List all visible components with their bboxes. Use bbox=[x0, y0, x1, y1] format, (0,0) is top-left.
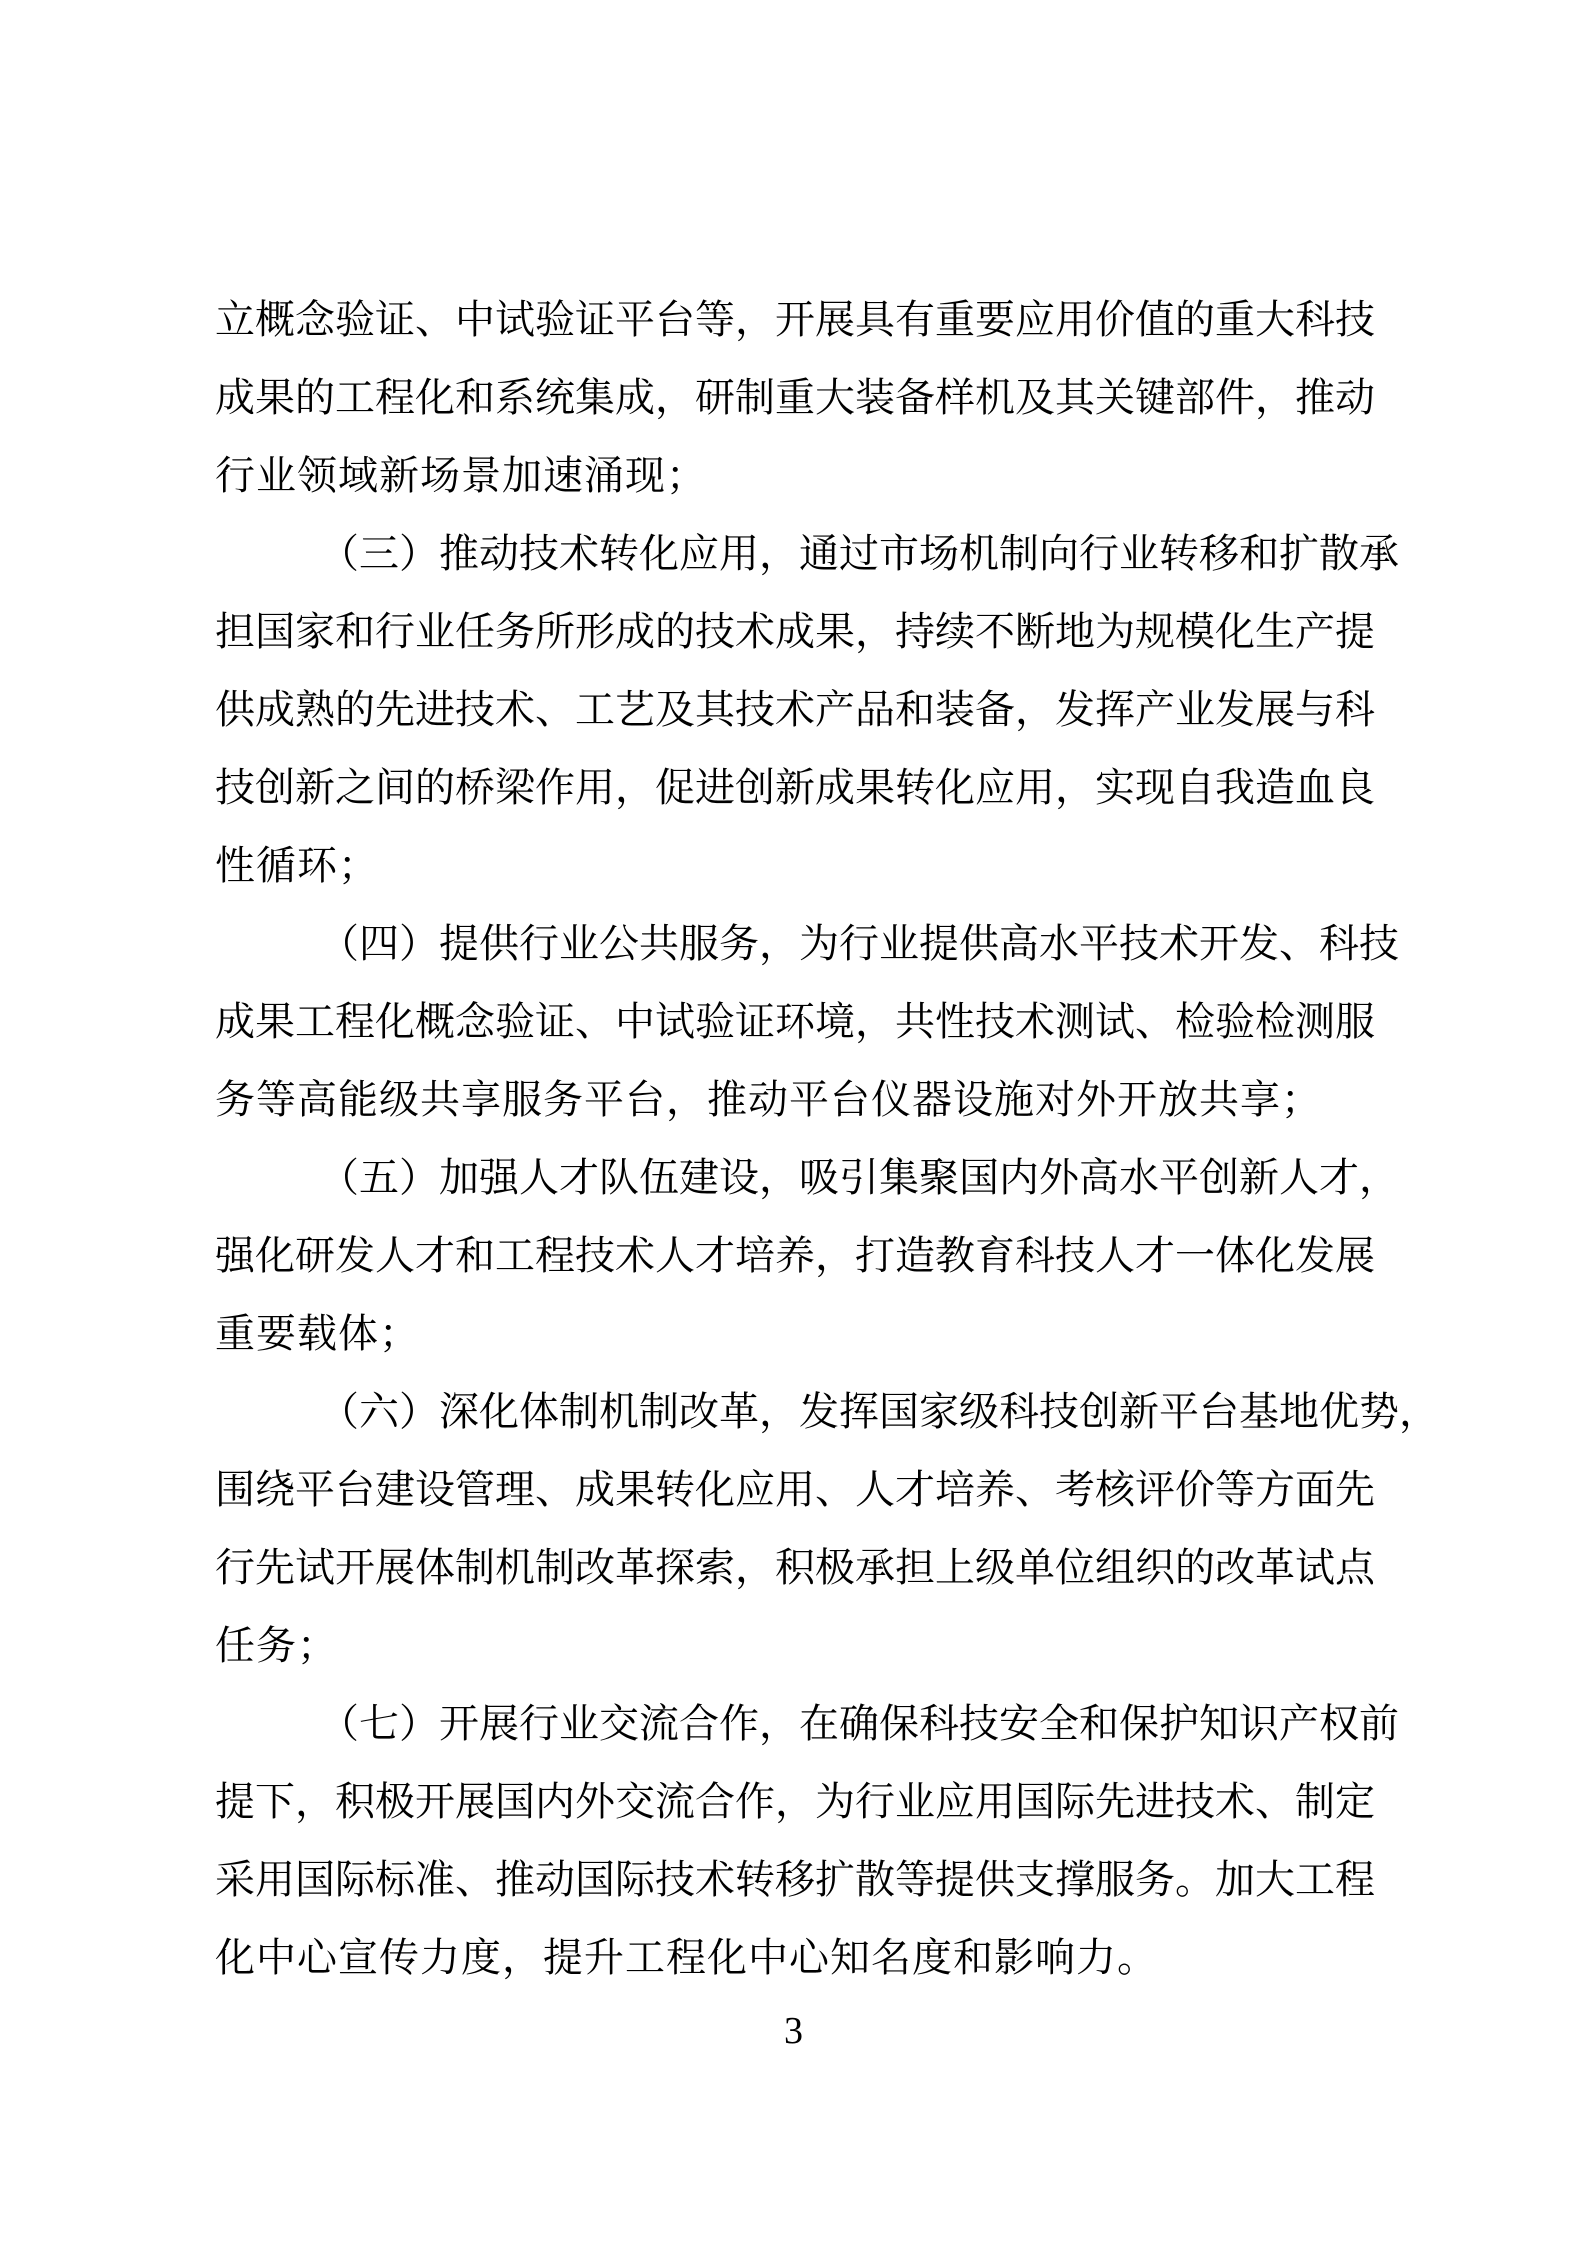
text-char: 工 bbox=[335, 359, 375, 437]
text-char: 流 bbox=[639, 1685, 679, 1763]
text-char: 共 bbox=[639, 905, 679, 983]
text-char: 过 bbox=[839, 515, 879, 593]
text-char: 、 bbox=[535, 1451, 575, 1529]
text-char: 务 bbox=[495, 593, 535, 671]
text-char: 的 bbox=[295, 359, 335, 437]
text-char: 科 bbox=[1335, 671, 1375, 749]
text-char: 核 bbox=[1095, 1451, 1135, 1529]
text-char: 续 bbox=[935, 593, 975, 671]
text-char: 创 bbox=[255, 749, 295, 827]
text-char: 展 bbox=[455, 1763, 495, 1841]
text-char: 境 bbox=[815, 983, 855, 1061]
text-char: 际 bbox=[1055, 1763, 1095, 1841]
text-char: 流 bbox=[655, 1763, 695, 1841]
text-char: 改 bbox=[575, 1529, 615, 1607]
text-char: （ bbox=[319, 1139, 359, 1217]
text-char: 技 bbox=[695, 593, 735, 671]
text-char: 保 bbox=[1119, 1685, 1159, 1763]
text-char: 和 bbox=[455, 359, 495, 437]
text-char: 散 bbox=[855, 1841, 895, 1919]
text-char: 养 bbox=[775, 1217, 815, 1295]
text-char: ， bbox=[1055, 749, 1095, 827]
text-char: 断 bbox=[1015, 593, 1055, 671]
text-char: 革 bbox=[1255, 1529, 1295, 1607]
text-char: 转 bbox=[599, 515, 639, 593]
text-char: 机 bbox=[495, 1529, 535, 1607]
text-char: 梁 bbox=[495, 749, 535, 827]
text-char: 验 bbox=[335, 281, 375, 359]
text-char: 移 bbox=[775, 1841, 815, 1919]
text-char: 推 bbox=[495, 1841, 535, 1919]
text-char: 人 bbox=[1279, 1139, 1319, 1217]
text-char: 培 bbox=[735, 1217, 775, 1295]
text-char: ， bbox=[1015, 671, 1055, 749]
text-char: 通 bbox=[799, 515, 839, 593]
text-char: 发 bbox=[1215, 671, 1255, 749]
text-char: 际 bbox=[615, 1841, 655, 1919]
text-char: 术 bbox=[1215, 1763, 1255, 1841]
text-char: 台 bbox=[655, 281, 695, 359]
text-char: 等 bbox=[1215, 1451, 1255, 1529]
text-char: 成 bbox=[255, 671, 295, 749]
text-char: 、 bbox=[1135, 983, 1175, 1061]
text-char: 服 bbox=[1095, 1841, 1135, 1919]
text-char: 散 bbox=[1319, 515, 1359, 593]
text-char: 和 bbox=[895, 671, 935, 749]
text-char: 家 bbox=[295, 593, 335, 671]
text-char: 发 bbox=[1239, 905, 1279, 983]
text-char: 点 bbox=[1335, 1529, 1375, 1607]
text-char: 位 bbox=[1055, 1529, 1095, 1607]
text-char: 提 bbox=[1335, 593, 1375, 671]
text-char: 强 bbox=[215, 1217, 255, 1295]
text-char: 科 bbox=[1319, 905, 1359, 983]
text-char: 规 bbox=[1135, 593, 1175, 671]
text-char: 革 bbox=[615, 1529, 655, 1607]
text-char: 建 bbox=[375, 1451, 415, 1529]
text-line: 提下，积极开展国内外交流合作，为行业应用国际先进技术、制定 bbox=[215, 1763, 1371, 1841]
text-char: 公 bbox=[599, 905, 639, 983]
text-char: 确 bbox=[839, 1685, 879, 1763]
text-char: 围 bbox=[215, 1451, 255, 1529]
text-char: 共 bbox=[895, 983, 935, 1061]
text-char: 为 bbox=[1095, 593, 1135, 671]
text-char: 进 bbox=[1135, 1763, 1175, 1841]
text-char: 术 bbox=[1015, 983, 1055, 1061]
text-char: 为 bbox=[799, 905, 839, 983]
text-char: 革 bbox=[719, 1373, 759, 1451]
text-char: 制 bbox=[535, 1529, 575, 1607]
text-line: 供成熟的先进技术、工艺及其技术产品和装备，发挥产业发展与科 bbox=[215, 671, 1371, 749]
text-char: 任 bbox=[455, 593, 495, 671]
text-char: 产 bbox=[1135, 671, 1175, 749]
text-char: 国 bbox=[879, 1373, 919, 1451]
text-char: 概 bbox=[255, 281, 295, 359]
text-char: 化 bbox=[935, 749, 975, 827]
text-char: 集 bbox=[879, 1139, 919, 1217]
text-char: 应 bbox=[735, 1451, 775, 1529]
text-char: 造 bbox=[1255, 749, 1295, 827]
text-char: 和 bbox=[455, 1217, 495, 1295]
text-char: 术 bbox=[735, 593, 775, 671]
text-char: 开 bbox=[335, 1529, 375, 1607]
text-char: 、 bbox=[815, 1451, 855, 1529]
text-char: ， bbox=[775, 1763, 815, 1841]
text-char: 面 bbox=[1295, 1451, 1335, 1529]
text-char: 集 bbox=[575, 359, 615, 437]
text-char: 先 bbox=[255, 1529, 295, 1607]
text-char: 值 bbox=[1135, 281, 1175, 359]
text-char: 备 bbox=[895, 359, 935, 437]
text-char: 场 bbox=[919, 515, 959, 593]
text-char: 发 bbox=[1295, 1217, 1335, 1295]
text-char: 极 bbox=[375, 1763, 415, 1841]
text-char: 定 bbox=[1335, 1763, 1375, 1841]
text-char: 概 bbox=[415, 983, 455, 1061]
text-char: 成 bbox=[575, 1451, 615, 1529]
text-char: 制 bbox=[639, 1373, 679, 1451]
text-char: 程 bbox=[535, 1217, 575, 1295]
text-char: 的 bbox=[1175, 281, 1215, 359]
text-line: 技创新之间的桥梁作用，促进创新成果转化应用，实现自我造血良 bbox=[215, 749, 1371, 827]
text-char: 推 bbox=[1295, 359, 1335, 437]
text-char: 护 bbox=[1159, 1685, 1199, 1763]
text-char: 价 bbox=[1175, 1451, 1215, 1529]
text-char: 国 bbox=[255, 593, 295, 671]
text-char: 试 bbox=[295, 1529, 335, 1607]
text-char: 高 bbox=[1079, 1139, 1119, 1217]
text-char: 重 bbox=[1215, 281, 1255, 359]
text-char: 推 bbox=[439, 515, 479, 593]
text-char: 展 bbox=[479, 1685, 519, 1763]
text-char: 人 bbox=[375, 1217, 415, 1295]
text-char: 转 bbox=[895, 749, 935, 827]
text-char: 水 bbox=[1119, 1139, 1159, 1217]
text-char: 果 bbox=[615, 1451, 655, 1529]
text-char: 试 bbox=[655, 983, 695, 1061]
text-char: 供 bbox=[975, 1841, 1015, 1919]
text-line: 行业领域新场景加速涌现； bbox=[215, 437, 1371, 515]
text-char: 才 bbox=[559, 1139, 599, 1217]
text-char: 地 bbox=[1055, 593, 1095, 671]
text-char: 撑 bbox=[1055, 1841, 1095, 1919]
text-char: 间 bbox=[375, 749, 415, 827]
text-char: 准 bbox=[415, 1841, 455, 1919]
text-char: 高 bbox=[999, 905, 1039, 983]
text-char: 提 bbox=[919, 905, 959, 983]
text-char: 程 bbox=[375, 359, 415, 437]
text-char: 血 bbox=[1295, 749, 1335, 827]
text-char: 改 bbox=[679, 1373, 719, 1451]
text-char: 技 bbox=[735, 671, 775, 749]
text-char: 理 bbox=[495, 1451, 535, 1529]
text-char: 念 bbox=[455, 983, 495, 1061]
text-char: 担 bbox=[895, 1529, 935, 1607]
text-char: 模 bbox=[1175, 593, 1215, 671]
text-char: 成 bbox=[775, 593, 815, 671]
text-char: 我 bbox=[1215, 749, 1255, 827]
text-char: 技 bbox=[975, 983, 1015, 1061]
text-char: 验 bbox=[495, 983, 535, 1061]
text-char: 要 bbox=[975, 281, 1015, 359]
text-char: 平 bbox=[1159, 1139, 1199, 1217]
text-char: 程 bbox=[1335, 1841, 1375, 1919]
text-char: 探 bbox=[655, 1529, 695, 1607]
text-char: 、 bbox=[535, 671, 575, 749]
text-char: 工 bbox=[495, 1217, 535, 1295]
text-char: 术 bbox=[559, 515, 599, 593]
text-char: 和 bbox=[1239, 515, 1279, 593]
text-char: ， bbox=[1255, 359, 1295, 437]
text-char: 内 bbox=[999, 1139, 1039, 1217]
text-line: （五）加强人才队伍建设，吸引集聚国内外高水平创新人才， bbox=[215, 1139, 1371, 1217]
text-char: 极 bbox=[815, 1529, 855, 1607]
text-char: 形 bbox=[575, 593, 615, 671]
text-char: 权 bbox=[1319, 1685, 1359, 1763]
text-char: 及 bbox=[655, 671, 695, 749]
text-char: 件 bbox=[1215, 359, 1255, 437]
text-char: 应 bbox=[1015, 281, 1055, 359]
text-char: 先 bbox=[375, 671, 415, 749]
text-line: （七）开展行业交流合作，在确保科技安全和保护知识产权前 bbox=[215, 1685, 1371, 1763]
text-line: （六）深化体制机制改革，发挥国家级科技创新平台基地优势， bbox=[215, 1373, 1371, 1451]
text-char: ， bbox=[759, 1685, 799, 1763]
text-char: 研 bbox=[695, 359, 735, 437]
text-char: 艺 bbox=[615, 671, 655, 749]
text-char: 作 bbox=[719, 1685, 759, 1763]
text-char: 向 bbox=[1039, 515, 1079, 593]
text-char: 教 bbox=[935, 1217, 975, 1295]
text-char: 转 bbox=[655, 1451, 695, 1529]
text-char: 动 bbox=[1335, 359, 1375, 437]
document-page: 立概念验证、中试验证平台等，开展具有重要应用价值的重大科技成果的工程化和系统集成… bbox=[0, 0, 1587, 2245]
text-char: 技 bbox=[959, 1685, 999, 1763]
text-char: 人 bbox=[855, 1451, 895, 1529]
text-char: 支 bbox=[1015, 1841, 1055, 1919]
text-char: 实 bbox=[1095, 749, 1135, 827]
text-char: 绕 bbox=[255, 1451, 295, 1529]
text-char: ， bbox=[759, 905, 799, 983]
text-char: 发 bbox=[335, 1217, 375, 1295]
text-char: 转 bbox=[1159, 515, 1199, 593]
text-char: 检 bbox=[1255, 983, 1295, 1061]
text-char: 、 bbox=[455, 1841, 495, 1919]
text-char: 才 bbox=[1319, 1139, 1359, 1217]
text-char: 机 bbox=[975, 359, 1015, 437]
text-char: 开 bbox=[415, 1763, 455, 1841]
text-char: 行 bbox=[839, 905, 879, 983]
text-char: 和 bbox=[1079, 1685, 1119, 1763]
text-char: 术 bbox=[1159, 905, 1199, 983]
text-char: 展 bbox=[375, 1529, 415, 1607]
text-char: 化 bbox=[415, 359, 455, 437]
text-char: 具 bbox=[855, 281, 895, 359]
text-char: 挥 bbox=[1095, 671, 1135, 749]
text-char: 创 bbox=[735, 749, 775, 827]
text-char: 国 bbox=[495, 1763, 535, 1841]
text-char: 作 bbox=[735, 1763, 775, 1841]
text-char: 证 bbox=[375, 281, 415, 359]
text-char: 业 bbox=[1175, 671, 1215, 749]
text-char: 提 bbox=[215, 1763, 255, 1841]
text-char: 重 bbox=[935, 281, 975, 359]
text-char: 业 bbox=[559, 905, 599, 983]
text-char: 果 bbox=[815, 593, 855, 671]
text-char: 证 bbox=[575, 281, 615, 359]
text-char: 品 bbox=[855, 671, 895, 749]
text-char: 平 bbox=[1079, 905, 1119, 983]
text-line: 担国家和行业任务所形成的技术成果，持续不断地为规模化生产提 bbox=[215, 593, 1371, 671]
text-line: 采用国际标准、推动国际技术转移扩散等提供支撑服务。加大工程 bbox=[215, 1841, 1371, 1919]
text-char: 技 bbox=[215, 749, 255, 827]
text-char: 织 bbox=[1135, 1529, 1175, 1607]
text-char: 移 bbox=[1199, 515, 1239, 593]
text-char: 测 bbox=[1055, 983, 1095, 1061]
text-char: 、 bbox=[1279, 905, 1319, 983]
text-char: ， bbox=[855, 983, 895, 1061]
text-char: 单 bbox=[1015, 1529, 1055, 1607]
text-char: 中 bbox=[455, 281, 495, 359]
text-char: 内 bbox=[535, 1763, 575, 1841]
text-char: 技 bbox=[1335, 281, 1375, 359]
text-char: 才 bbox=[695, 1217, 735, 1295]
text-char: 扩 bbox=[815, 1841, 855, 1919]
text-char: 开 bbox=[439, 1685, 479, 1763]
text-char: ， bbox=[1399, 1373, 1439, 1451]
text-char: 证 bbox=[535, 983, 575, 1061]
document-body: 立概念验证、中试验证平台等，开展具有重要应用价值的重大科技成果的工程化和系统集成… bbox=[215, 281, 1371, 1997]
text-char: 技 bbox=[1119, 905, 1159, 983]
text-char: 水 bbox=[1039, 905, 1079, 983]
text-char: 业 bbox=[559, 1685, 599, 1763]
text-char: 化 bbox=[695, 1451, 735, 1529]
text-char: 级 bbox=[959, 1373, 999, 1451]
text-char: 人 bbox=[655, 1217, 695, 1295]
text-char: ） bbox=[399, 1685, 439, 1763]
text-char: 成 bbox=[215, 983, 255, 1061]
text-char: 平 bbox=[1159, 1373, 1199, 1451]
text-char: ， bbox=[1359, 1139, 1399, 1217]
text-char: 所 bbox=[535, 593, 575, 671]
text-char: 技 bbox=[455, 671, 495, 749]
text-char: 外 bbox=[1039, 1139, 1079, 1217]
text-char: 大 bbox=[1255, 281, 1295, 359]
text-char: 为 bbox=[815, 1763, 855, 1841]
text-char: 人 bbox=[1095, 1217, 1135, 1295]
text-char: 、 bbox=[1015, 1451, 1055, 1529]
text-char: 果 bbox=[255, 983, 295, 1061]
text-char: 供 bbox=[959, 905, 999, 983]
text-char: 国 bbox=[959, 1139, 999, 1217]
text-char: 术 bbox=[775, 671, 815, 749]
text-line: 强化研发人才和工程技术人才培养，打造教育科技人才一体化发展 bbox=[215, 1217, 1371, 1295]
text-char: 积 bbox=[335, 1763, 375, 1841]
text-line: 重要载体； bbox=[215, 1295, 1371, 1373]
text-char: （ bbox=[319, 1685, 359, 1763]
text-char: 性 bbox=[935, 983, 975, 1061]
text-char: 熟 bbox=[295, 671, 335, 749]
text-char: 创 bbox=[1199, 1139, 1239, 1217]
text-char: 扩 bbox=[1279, 515, 1319, 593]
text-char: 验 bbox=[695, 983, 735, 1061]
text-char: 其 bbox=[1055, 359, 1095, 437]
text-char: 成 bbox=[215, 359, 255, 437]
text-char: 国 bbox=[1015, 1763, 1055, 1841]
text-char: 挥 bbox=[839, 1373, 879, 1451]
text-char: ） bbox=[399, 515, 439, 593]
text-char: 成 bbox=[615, 593, 655, 671]
text-char: 和 bbox=[335, 593, 375, 671]
text-char: 化 bbox=[375, 983, 415, 1061]
text-char: 服 bbox=[1335, 983, 1375, 1061]
text-char: 承 bbox=[1359, 515, 1399, 593]
text-char: 用 bbox=[775, 1451, 815, 1529]
text-char: 技 bbox=[1039, 1373, 1079, 1451]
text-char: 用 bbox=[975, 1763, 1015, 1841]
text-char: ） bbox=[399, 905, 439, 983]
text-char: 关 bbox=[1095, 359, 1135, 437]
text-char: 化 bbox=[639, 515, 679, 593]
text-char: 成 bbox=[815, 749, 855, 827]
text-char: 等 bbox=[895, 1841, 935, 1919]
text-char: 发 bbox=[799, 1373, 839, 1451]
text-char: 化 bbox=[1255, 1217, 1295, 1295]
text-char: 管 bbox=[455, 1451, 495, 1529]
text-char: 先 bbox=[1335, 1451, 1375, 1529]
text-char: 体 bbox=[1215, 1217, 1255, 1295]
text-char: 平 bbox=[615, 281, 655, 359]
text-char: 的 bbox=[335, 671, 375, 749]
text-char: 势 bbox=[1359, 1373, 1399, 1451]
text-char: 造 bbox=[895, 1217, 935, 1295]
text-char: 动 bbox=[479, 515, 519, 593]
text-char: 之 bbox=[335, 749, 375, 827]
text-char: 才 bbox=[895, 1451, 935, 1529]
text-char: 下 bbox=[255, 1763, 295, 1841]
text-char: 系 bbox=[495, 359, 535, 437]
text-char: 现 bbox=[1135, 749, 1175, 827]
text-char: 在 bbox=[799, 1685, 839, 1763]
text-char: 优 bbox=[1319, 1373, 1359, 1451]
text-line: 务等高能级共享服务平台，推动平台仪器设施对外开放共享； bbox=[215, 1061, 1371, 1139]
text-char: 用 bbox=[1055, 281, 1095, 359]
text-char: 外 bbox=[575, 1763, 615, 1841]
text-char: 加 bbox=[439, 1139, 479, 1217]
text-char: 试 bbox=[495, 281, 535, 359]
text-char: 聚 bbox=[919, 1139, 959, 1217]
text-char: 转 bbox=[735, 1841, 775, 1919]
text-char: 新 bbox=[1239, 1139, 1279, 1217]
text-line: 成果的工程化和系统集成，研制重大装备样机及其关键部件，推动 bbox=[215, 359, 1371, 437]
text-char: ， bbox=[815, 1217, 855, 1295]
text-char: 工 bbox=[575, 671, 615, 749]
text-char: 提 bbox=[935, 1841, 975, 1919]
text-char: 七 bbox=[359, 1685, 399, 1763]
text-char: 国 bbox=[295, 1841, 335, 1919]
text-char: ， bbox=[855, 593, 895, 671]
text-char: 加 bbox=[1215, 1841, 1255, 1919]
text-line: 行先试开展体制机制改革探索，积极承担上级单位组织的改革试点 bbox=[215, 1529, 1371, 1607]
text-char: 工 bbox=[295, 983, 335, 1061]
text-char: 建 bbox=[679, 1139, 719, 1217]
text-char: 交 bbox=[599, 1685, 639, 1763]
text-char: 五 bbox=[359, 1139, 399, 1217]
text-char: 业 bbox=[895, 1763, 935, 1841]
text-char: 科 bbox=[999, 1373, 1039, 1451]
text-char: 机 bbox=[959, 515, 999, 593]
text-char: 。 bbox=[1175, 1841, 1215, 1919]
text-char: 新 bbox=[295, 749, 335, 827]
